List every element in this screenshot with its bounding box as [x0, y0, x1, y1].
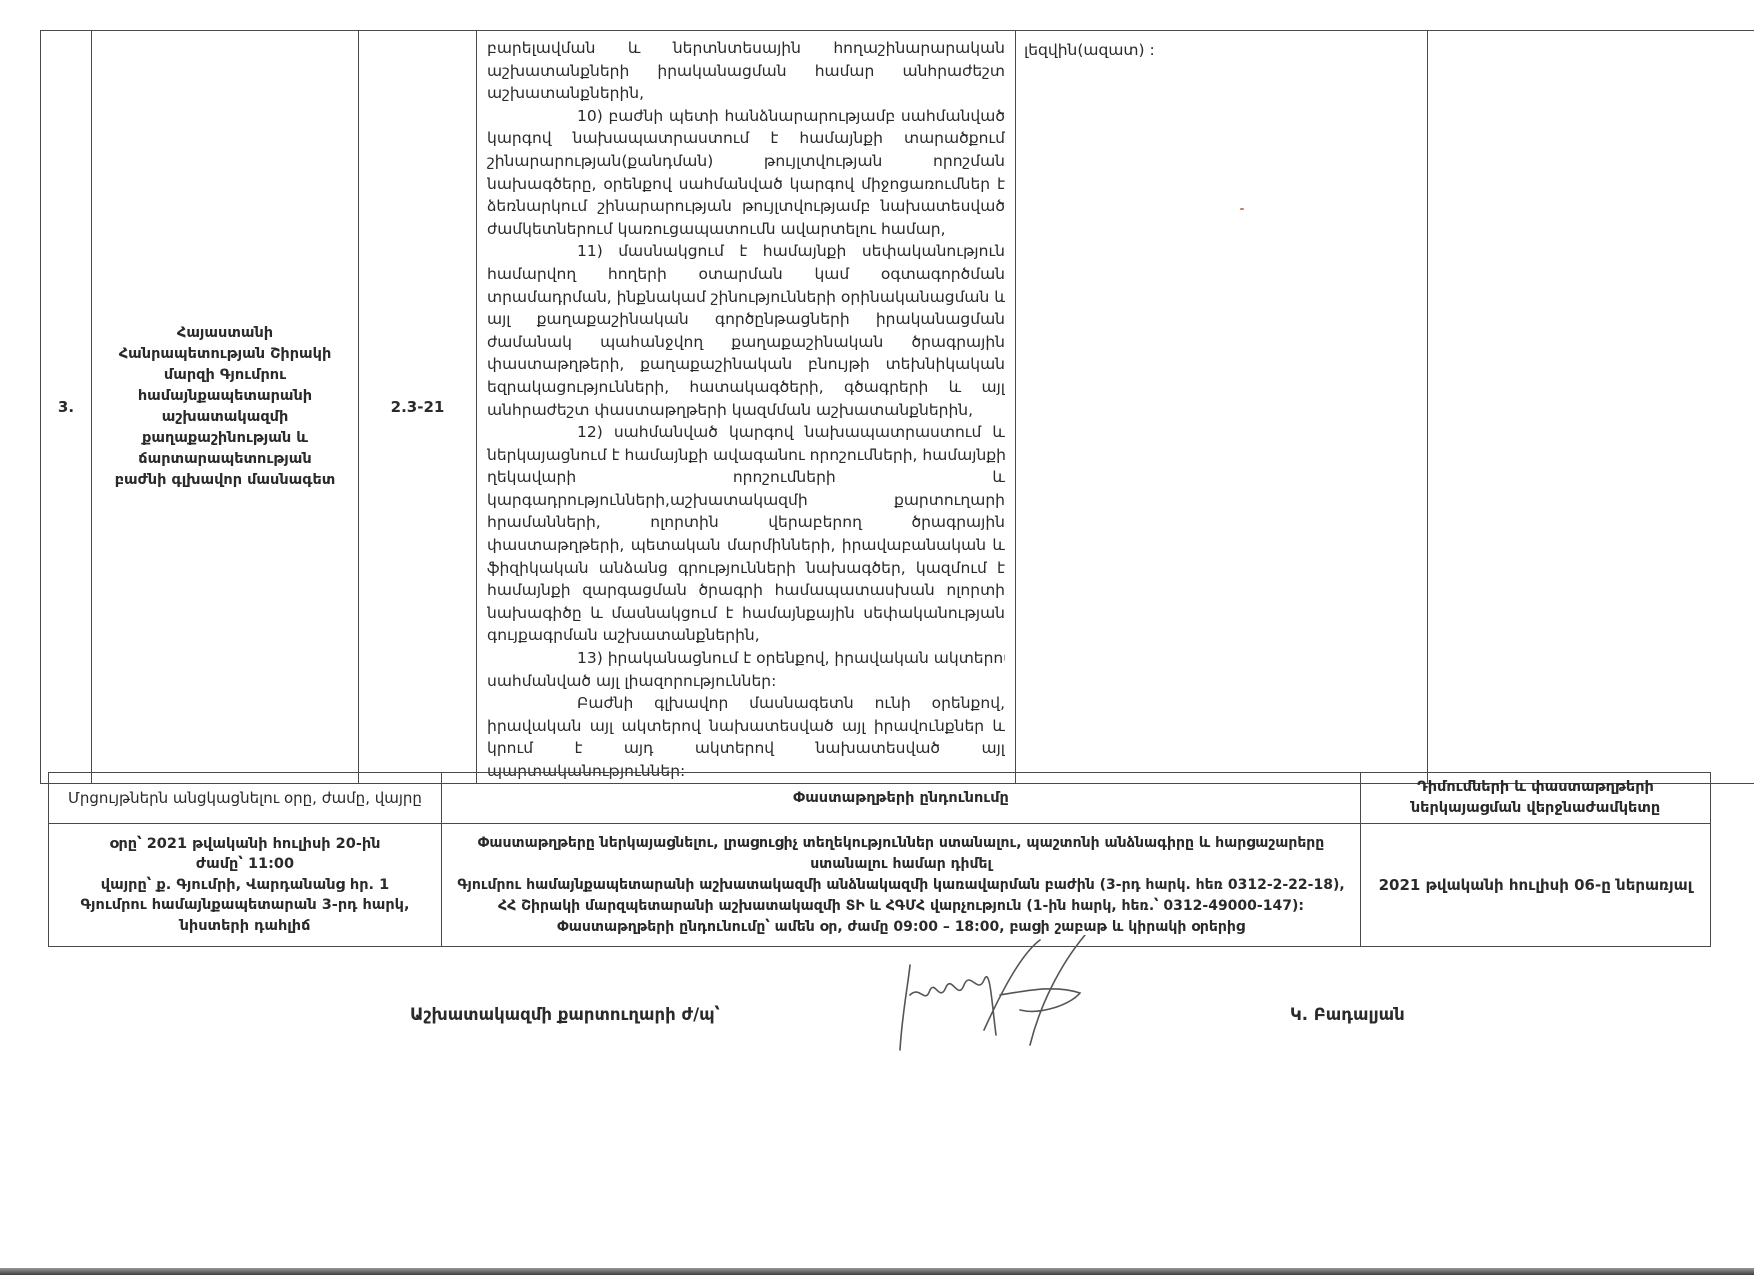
duty-line: նախագիծը և մասնակցում է համայնքային սեփա… — [487, 602, 1005, 625]
duty-line: անհրաժեշտ փաստաթղթերի կազմման աշխատանքնե… — [487, 399, 1005, 422]
duty-line: կարգադրությունների,աշխատակազմի քարտուղար… — [487, 489, 1005, 512]
position-extra-cell — [1428, 31, 1754, 784]
duty-line: այլ քաղաքաշինական գործընթացների իրականաց… — [487, 308, 1005, 331]
deadline-cell: 2021 թվականի հուլիսի 06-ը ներառյալ — [1361, 824, 1711, 947]
duties-text: բարելավման և ներտնտեսային հողաշինարարակա… — [487, 37, 1005, 783]
when-where-hall: նիստերի դահլիճ — [50, 916, 440, 937]
competition-data-row: օրը՝ 2021 թվականի հուլիսի 20-ին ժամը՝ 11… — [49, 824, 1711, 947]
documents-cell: Փաստաթղթերը ներկայացնելու, լրացուցիչ տեղ… — [442, 824, 1361, 947]
duty-line: 12) սահմանված կարգով նախապատրաստում և — [487, 421, 1005, 444]
when-where-time: ժամը՝ 11:00 — [50, 854, 440, 875]
scan-speck — [1240, 208, 1244, 210]
duty-line: փաստաթղթերի, քաղաքաշինական բնույթի տեխնի… — [487, 353, 1005, 376]
duty-line: ձեռնարկում շինարարության թույլտվությամբ … — [487, 195, 1005, 218]
duty-line: աշխատանքների իրականացման համար անհրաժեշտ — [487, 60, 1005, 83]
position-duties: բարելավման և ներտնտեսային հողաշինարարակա… — [477, 31, 1016, 784]
duty-line: Բաժնի գլխավոր մասնագետն ունի օրենքով, — [487, 692, 1005, 715]
when-where-place: վայրը՝ ք. Գյումրի, Վարդանանց հր. 1 — [50, 875, 440, 896]
position-table: 3. Հայաստանի Հանրապետության Շիրակի մարզի… — [40, 30, 1754, 784]
duty-line: գույքագրման աշխատանքներին, — [487, 624, 1005, 647]
row-number: 3. — [41, 31, 92, 784]
duty-line: փաստաթղթերի, պետական մարմինների, իրավաբա… — [487, 534, 1005, 557]
duty-line: կարգով նախապատրաստում է համայնքի տարածքո… — [487, 127, 1005, 150]
duty-line: սահմանված այլ լիազորություններ: — [487, 670, 1005, 693]
when-where-cell: օրը՝ 2021 թվականի հուլիսի 20-ին ժամը՝ 11… — [49, 824, 442, 947]
duty-line: ներկայացնում է համայնքի ավագանու որոշում… — [487, 444, 1005, 467]
duty-line: իրավական այլ ակտերով նախատեսված այլ իրավ… — [487, 715, 1005, 738]
duty-line: ժամանակ պահանջվող քաղաքաշինական ծրագրայի… — [487, 331, 1005, 354]
duty-line: հրամանների, ոլորտին վերաբերող ծրագրային — [487, 511, 1005, 534]
duty-line: շինարարության(քանդման) թույլտվության որո… — [487, 150, 1005, 173]
handwritten-signature-icon — [880, 935, 1110, 1065]
duty-line: համայնքի զարգացման ծրագրի համապատասխան ո… — [487, 579, 1005, 602]
scan-edge-strip — [0, 1268, 1754, 1275]
position-title: Հայաստանի Հանրապետության Շիրակի մարզի Գյ… — [92, 31, 359, 784]
duty-line: աշխատանքներին, — [487, 82, 1005, 105]
duty-line: տրամադրման, ինքնակամ շինությունների օրին… — [487, 286, 1005, 309]
duty-line: ժամկետներում կառուցապատումն ավարտելու հա… — [487, 218, 1005, 241]
duty-line: եզրակացությունների, հատակագծերի, գծագրեր… — [487, 376, 1005, 399]
duty-line: ֆիզիկական անձանց գրությունների նախագծեր,… — [487, 557, 1005, 580]
duty-line: 13) իրականացնում է օրենքով, իրավական ակտ… — [487, 647, 1005, 670]
documents-contact-region: ՀՀ Շիրակի մարզպետարանի աշխատակազմի ՏԻ և … — [443, 896, 1359, 917]
duty-line: բարելավման և ներտնտեսային հողաշինարարակա… — [487, 37, 1005, 60]
signatory-name: Կ. Բադալյան — [1290, 1005, 1405, 1024]
when-where-date: օրը՝ 2021 թվականի հուլիսի 20-ին — [50, 834, 440, 855]
documents-line-1: Փաստաթղթերը ներկայացնելու, լրացուցիչ տեղ… — [443, 833, 1359, 854]
position-row: 3. Հայաստանի Հանրապետության Շիրակի մարզի… — [41, 31, 1754, 784]
duty-line: 11) մասնակցում է համայնքի սեփականություն — [487, 240, 1005, 263]
header-deadline: Դիմումների և փաստաթղթերի ներկայացման վեր… — [1361, 773, 1711, 824]
header-documents: Փաստաթղթերի ընդունումը — [442, 773, 1361, 824]
duty-line: համարվող հողերի օտարման կամ օգտագործման — [487, 263, 1005, 286]
header-when-where: Մրցույթներն անցկացնելու օրը, ժամը, վայրը — [49, 773, 442, 824]
duty-line: ղեկավարի որոշումների և — [487, 466, 1005, 489]
when-where-building: Գյումրու համայնքապետարան 3-րդ հարկ, — [50, 895, 440, 916]
signature-block: Աշխատակազմի քարտուղարի ժ/պ՝ Կ. Բադալյան — [0, 990, 1754, 1070]
duty-line: կրում է այդ ակտերով նախատեսված այլ — [487, 737, 1005, 760]
documents-line-2: ստանալու համար դիմել — [443, 854, 1359, 875]
documents-contact-hr: Գյումրու համայնքապետարանի աշխատակազմի ան… — [443, 875, 1359, 896]
position-code: 2.3-21 — [359, 31, 477, 784]
duty-line: 10) բաժնի պետի հանձնարարությամբ սահմանվա… — [487, 105, 1005, 128]
competition-header-row: Մրցույթներն անցկացնելու օրը, ժամը, վայրը… — [49, 773, 1711, 824]
signatory-title: Աշխատակազմի քարտուղարի ժ/պ՝ — [410, 1005, 720, 1024]
position-requirements: լեզվին(ազատ) : — [1016, 31, 1428, 784]
competition-info-table: Մրցույթներն անցկացնելու օրը, ժամը, վայրը… — [48, 772, 1711, 947]
duty-line: նախագծերը, օրենքով սահմանված կարգով միջո… — [487, 173, 1005, 196]
